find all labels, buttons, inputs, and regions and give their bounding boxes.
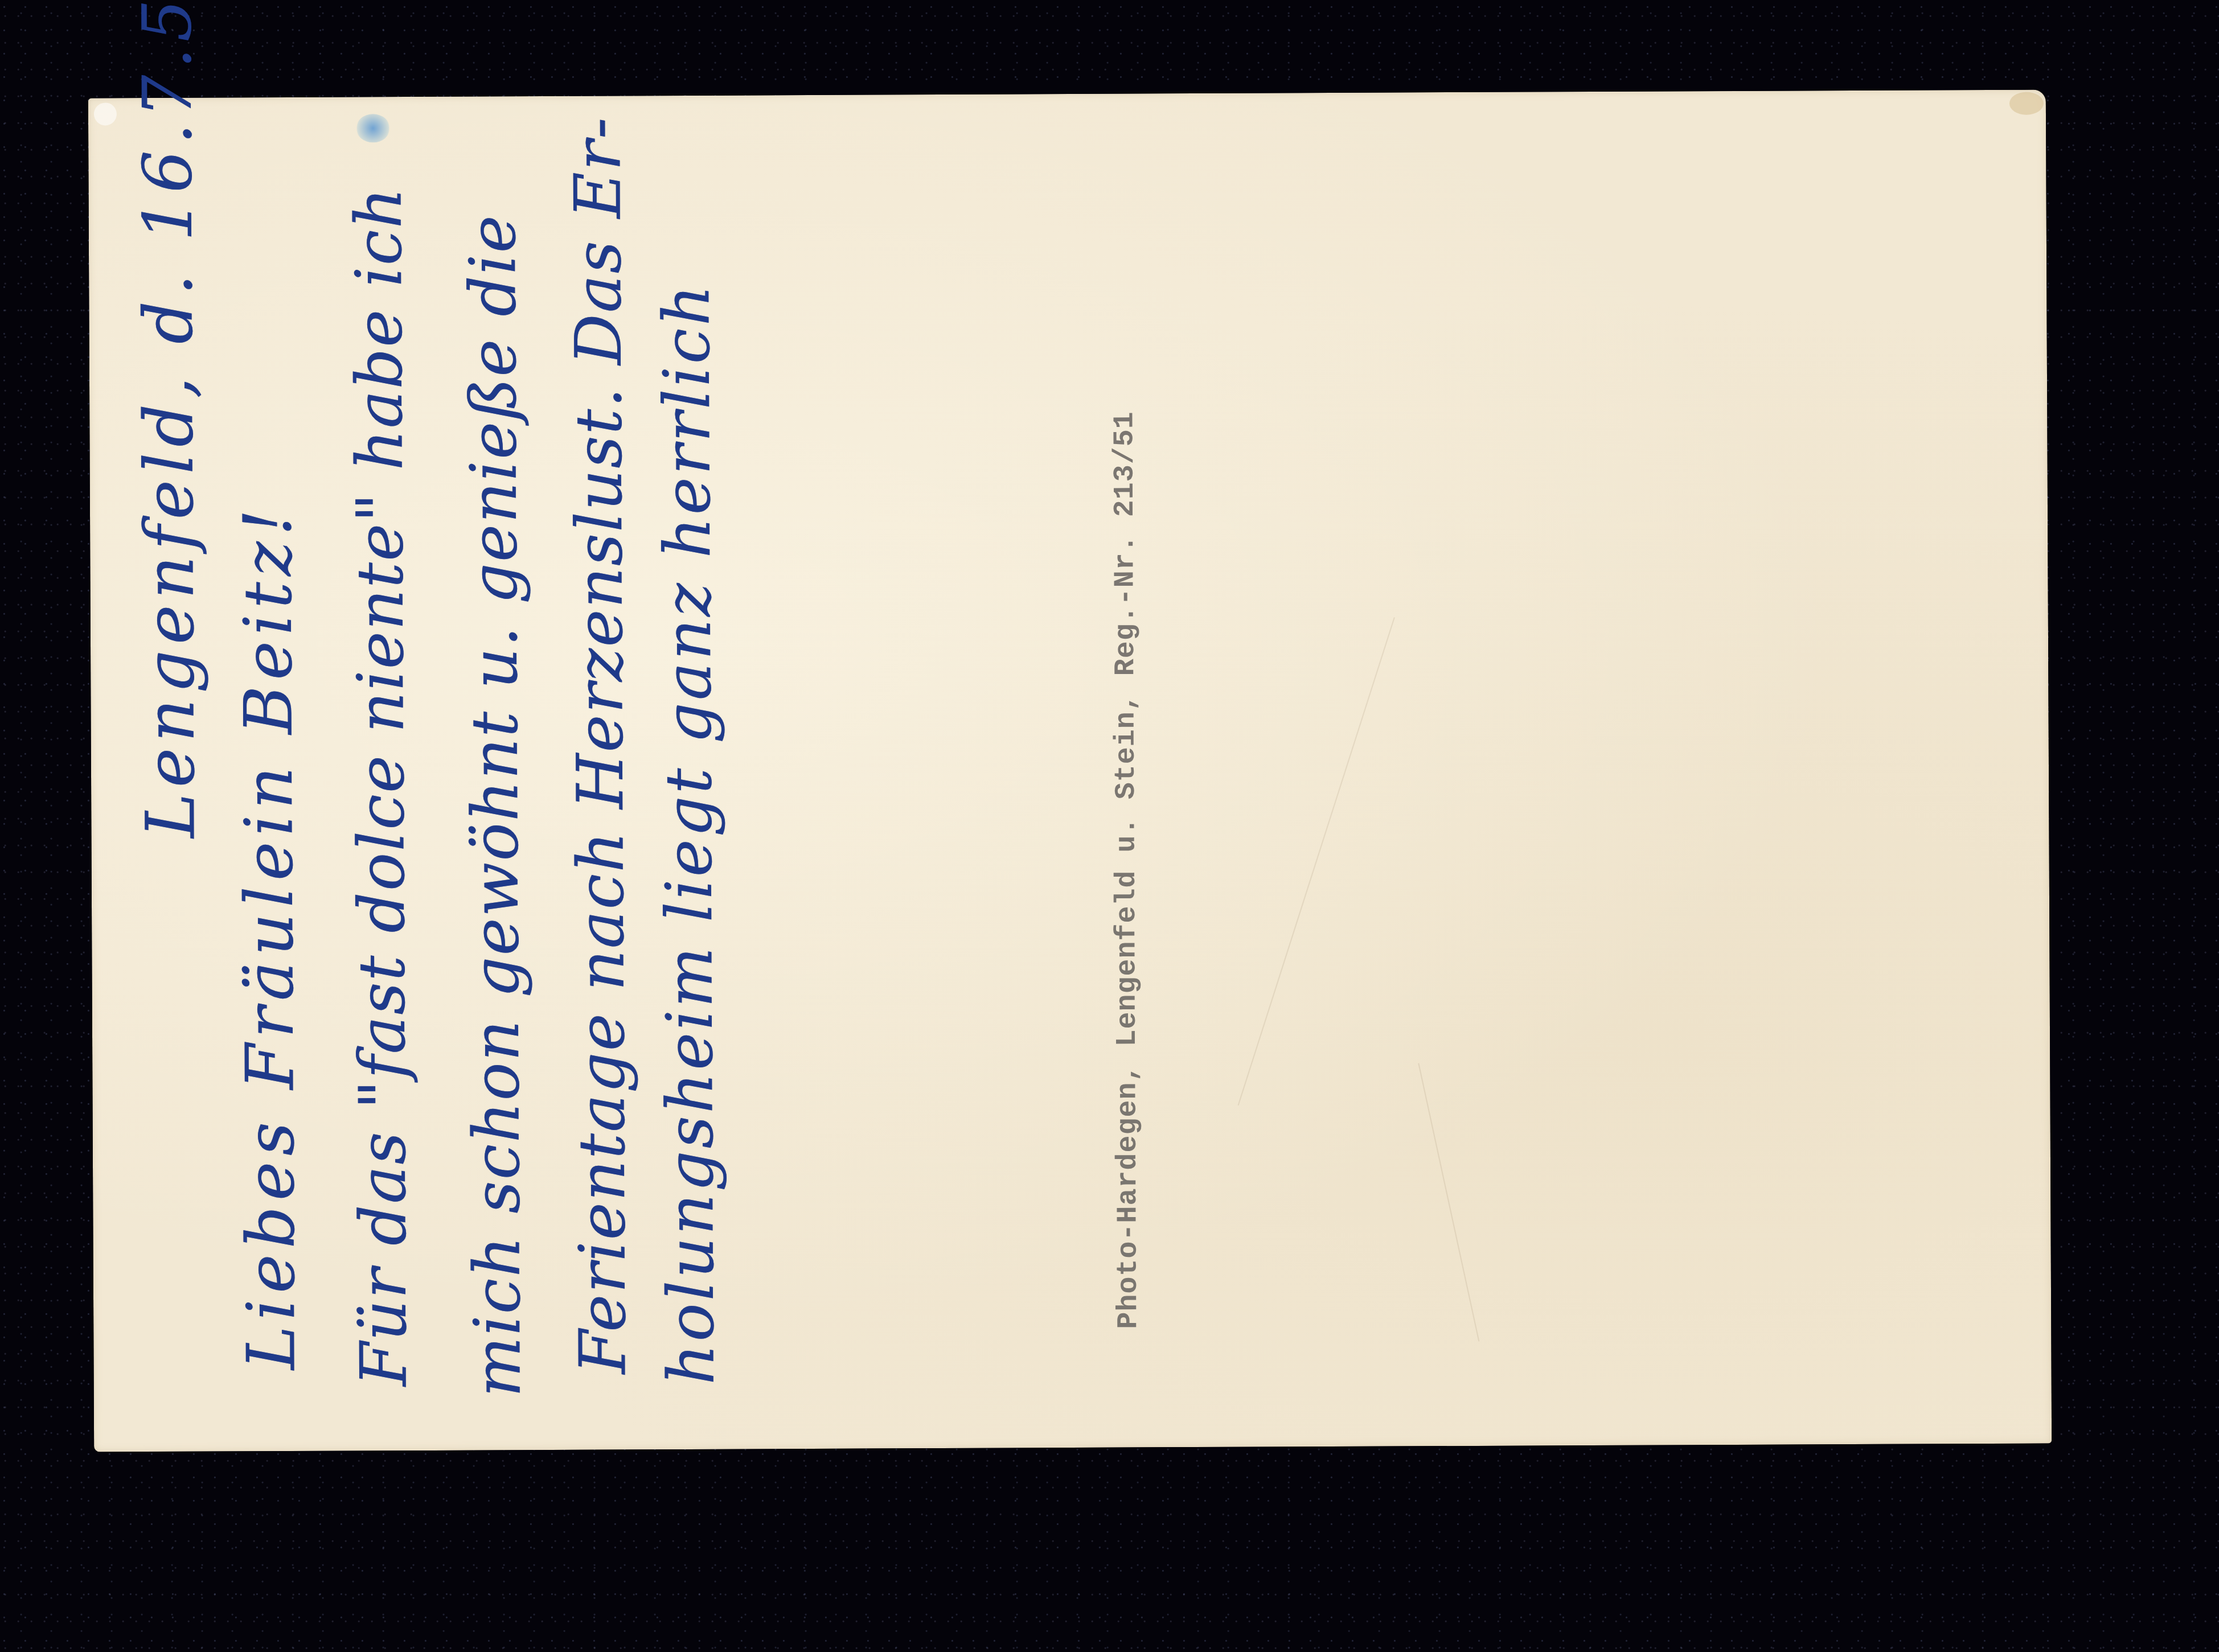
ink-blot xyxy=(356,114,390,142)
paper-crease xyxy=(1418,1063,1479,1342)
postcard: Lengenfeld, d. 16.7.56 Liebes Fräulein B… xyxy=(88,90,2052,1452)
handwritten-line: Für das "fast dolce niente" habe ich xyxy=(342,186,421,1386)
publisher-imprint: Photo-Hardegen, Lengenfeld u. Stein, Reg… xyxy=(1109,411,1145,1329)
handwritten-line: holungsheim liegt ganz herrlich xyxy=(650,282,728,1385)
handwritten-place-date: Lengenfeld, d. 16.7.56 xyxy=(128,0,210,838)
worn-corner xyxy=(94,102,117,125)
handwritten-line: Ferientage nach Herzenslust. Das Er- xyxy=(561,116,641,1374)
handwritten-line: mich schon gewöhnt u. genieße die xyxy=(456,214,535,1398)
handwritten-salutation: Liebes Fräulein Beitz! xyxy=(229,503,310,1370)
paper-crease xyxy=(1238,617,1395,1106)
worn-corner xyxy=(2009,92,2044,115)
